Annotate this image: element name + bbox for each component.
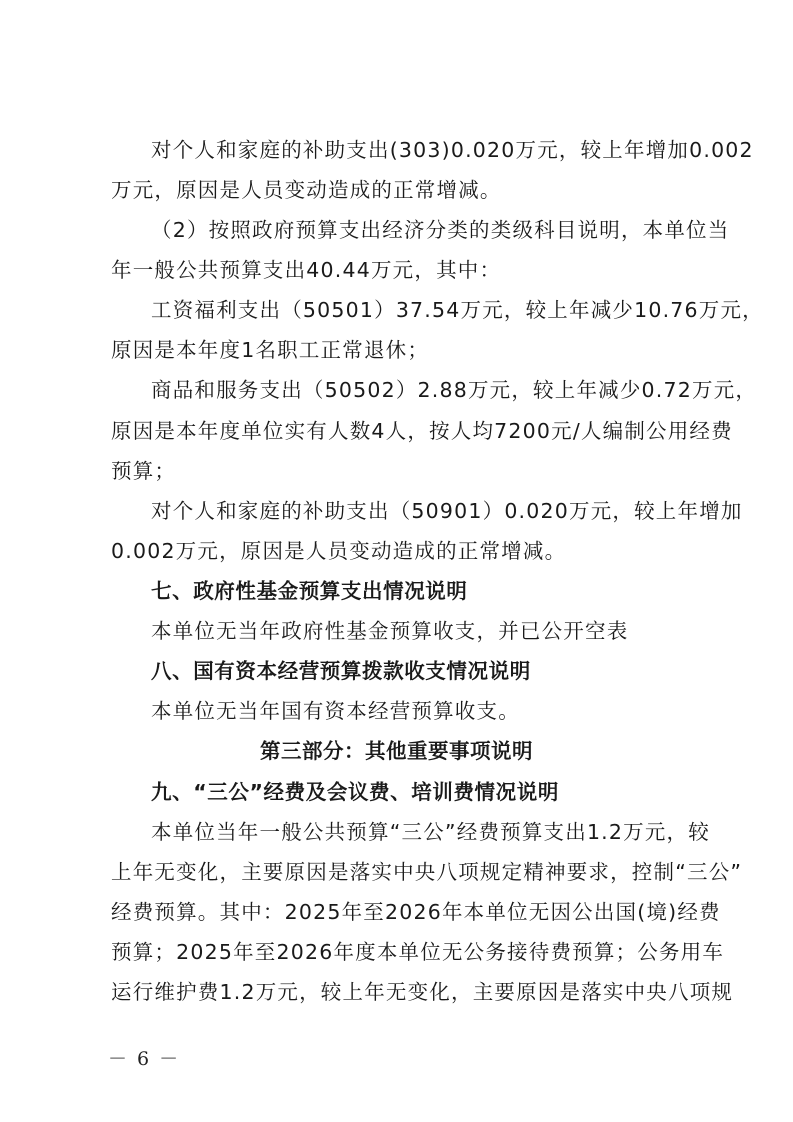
paragraph-line: 0.002万元，原因是人员变动造成的正常增减。 [111, 537, 566, 565]
section-heading-9: 九、“三公”经费及会议费、培训费情况说明 [151, 778, 559, 806]
paragraph-line: 本单位无当年政府性基金预算收支，并已公开空表 [151, 617, 628, 645]
paragraph-line: 万元，原因是人员变动造成的正常增减。 [111, 176, 502, 204]
paragraph-line: （2）按照政府预算支出经济分类的类级科目说明，本单位当 [151, 216, 729, 244]
paragraph-line: 年一般公共预算支出40.44万元，其中： [111, 256, 501, 284]
paragraph-line: 预算；2025年至2026年度本单位无公务接待费预算；公务用车 [111, 938, 724, 966]
paragraph-line: 本单位当年一般公共预算“三公”经费预算支出1.2万元，较 [151, 818, 710, 846]
paragraph-line: 对个人和家庭的补助支出（50901）0.020万元，较上年增加 [151, 497, 743, 525]
page-number: － 6 － [108, 1044, 180, 1071]
paragraph-line: 经费预算。其中：2025年至2026年本单位无因公出国(境)经费 [111, 898, 721, 926]
paragraph-line: 本单位无当年国有资本经营预算收支。 [151, 697, 520, 725]
paragraph-line: 运行维护费1.2万元，较上年无变化，主要原因是落实中央八项规 [111, 978, 733, 1006]
paragraph-line: 上年无变化，主要原因是落实中央八项规定精神要求，控制“三公” [111, 858, 742, 886]
paragraph-line: 对个人和家庭的补助支出(303)0.020万元，较上年增加0.002 [151, 136, 754, 164]
paragraph-line: 原因是本年度单位实有人数4人，按人均7200元/人编制公用经费 [111, 417, 733, 445]
section-heading-8: 八、国有资本经营预算拨款收支情况说明 [151, 657, 531, 685]
paragraph-line: 工资福利支出（50501）37.54万元，较上年减少10.76万元， [151, 296, 764, 324]
paragraph-line: 预算； [111, 457, 176, 485]
paragraph-line: 商品和服务支出（50502）2.88万元，较上年减少0.72万元， [151, 376, 757, 404]
section-heading-7: 七、政府性基金预算支出情况说明 [151, 577, 468, 605]
paragraph-line: 原因是本年度1名职工正常退休； [111, 336, 429, 364]
part-title: 第三部分：其他重要事项说明 [0, 737, 793, 765]
